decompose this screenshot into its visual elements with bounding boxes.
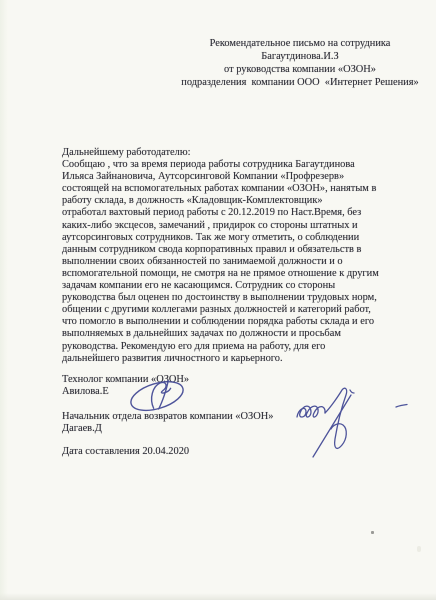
heading-line-title: Рекомендательное письмо на сотрудника — [172, 37, 428, 50]
signature-role-returns-head: Начальник отдела возвратов компании «ОЗО… — [62, 411, 273, 423]
heading-line-employee: Багаутдинова.И.З — [172, 50, 428, 63]
signature-role-technologist: Технолог компании «ОЗОН» — [62, 374, 189, 386]
scan-smudge — [417, 546, 421, 552]
salutation: Дальнейшему работодателю: — [62, 147, 414, 159]
body-paragraph: Сообщаю , что за время периода работы со… — [62, 159, 414, 365]
scanned-recommendation-letter: Рекомендательное письмо на сотрудника Ба… — [0, 0, 436, 600]
letter-body: Дальнейшему работодателю: Сообщаю , что … — [62, 147, 414, 365]
signature-name-avilova: Авилова.Е — [62, 386, 109, 398]
heading-line-company: подразделения компании ООО «Интернет Реш… — [172, 76, 428, 89]
signature-name-dagaev: Дагаев.Д — [62, 423, 102, 435]
date-line: Дата составления 20.04.2020 — [62, 446, 189, 458]
letter-heading: Рекомендательное письмо на сотрудника Ба… — [172, 37, 428, 89]
heading-line-management: от руководства компании «ОЗОН» — [172, 63, 428, 76]
dagaev-handwritten-signature-icon — [290, 386, 416, 466]
scan-speck — [371, 531, 374, 534]
